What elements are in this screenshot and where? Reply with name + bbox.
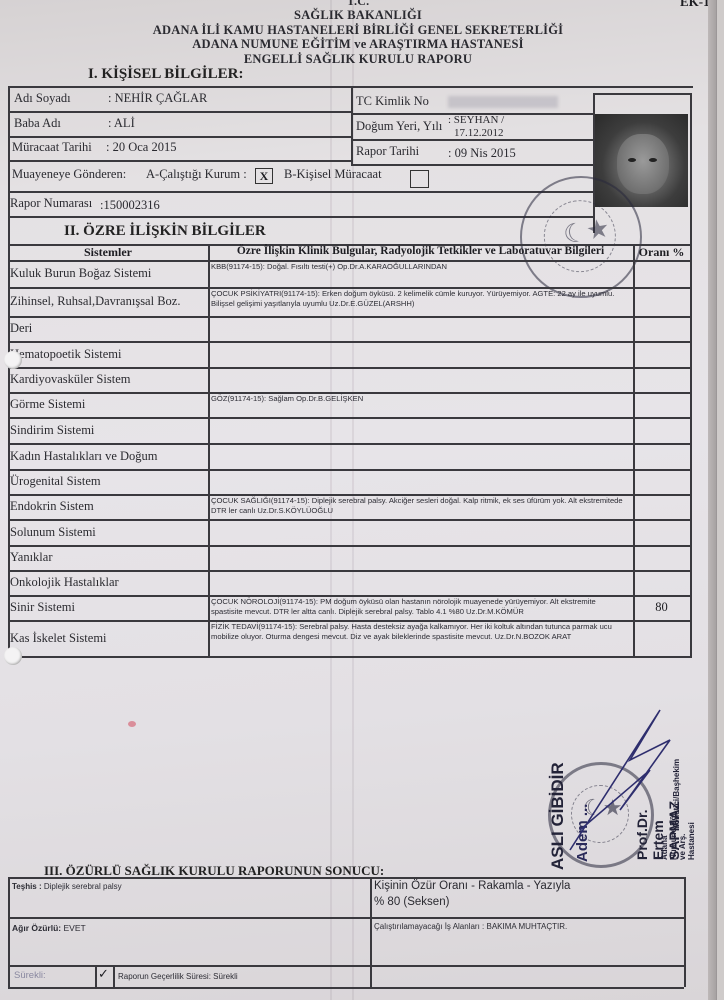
clinical-findings: ÇOCUK NÖROLOJİ(91174-15): PM doğum öyküs… [211, 597, 629, 617]
disability-rate-value: % 80 (Seksen) [374, 896, 449, 908]
rule [8, 877, 10, 987]
photo-eye [628, 158, 636, 162]
system-name: Ürogenital Sistem [10, 474, 101, 489]
table-row [8, 519, 690, 545]
disability-rate: 80 [633, 600, 690, 615]
restricted-jobs-field: Çalıştırılamayacağı İş Alanları : BAKIMA… [374, 922, 567, 932]
system-name: Endokrin Sistem [10, 499, 94, 514]
system-name: Kuluk Burun Boğaz Sistemi [10, 266, 151, 281]
report-page: T.C. EK-1 SAĞLIK BAKANLIĞI ADANA İLİ KAM… [0, 0, 717, 1000]
system-name: Zihinsel, Ruhsal,Davranışsal Boz. [10, 294, 180, 309]
system-name: Onkolojik Hastalıklar [10, 575, 119, 590]
tc-label: TC Kimlik No [356, 94, 429, 109]
rule [593, 93, 690, 95]
header-hospital: ADANA NUMUNE EĞİTİM ve ARAŞTIRMA HASTANE… [0, 37, 716, 52]
section1-title: I. KİŞİSEL BİLGİLER: [88, 66, 244, 83]
column-header: Oranı % [633, 245, 690, 260]
rule [8, 216, 593, 218]
disability-rate-label: Kişinin Özür Oranı - Rakamla - Yazıyla [374, 880, 570, 892]
rule [351, 139, 593, 141]
section2-title: II. ÖZRE İLİŞKİN BİLGİLER [64, 223, 266, 240]
option-b-checkbox[interactable] [410, 170, 429, 188]
permanent-checkbox[interactable]: ✓ [98, 966, 109, 982]
report-no-value: :150002316 [100, 198, 160, 213]
rule [690, 93, 692, 658]
report-date-label: Rapor Tarihi [356, 144, 419, 159]
rule [684, 877, 686, 987]
system-name: Sindirim Sistemi [10, 423, 94, 438]
photo-eye [649, 158, 657, 162]
system-name: Deri [10, 321, 32, 336]
clinical-findings: KBB(91174-15): Doğal. Fısıltı testi(+) O… [211, 262, 629, 272]
birth-date-value: 17.12.2012 [454, 127, 504, 139]
table-row [8, 316, 690, 341]
tc-value-redacted [448, 96, 558, 108]
diagnosis-label: Teşhis : [12, 882, 42, 891]
report-date-value: : 09 Nis 2015 [448, 146, 516, 161]
rule [8, 191, 593, 193]
clinical-findings: FİZİK TEDAVİ(91174-15): Serebral palsy. … [211, 622, 629, 642]
application-date-value: : 20 Oca 2015 [106, 140, 176, 155]
rule [351, 164, 593, 166]
clinical-findings: GÖZ(91174-15): Sağlam Op.Dr.B.GELİŞKEN [211, 394, 629, 404]
diagnosis-field: Teşhis : Diplejik serebral palsy [12, 882, 122, 892]
clinical-findings: ÇOCUK SAĞLIĞI(91174-15): Diplejik serebr… [211, 496, 629, 516]
father-value: : ALİ [108, 116, 135, 131]
system-name: Sinir Sistemi [10, 600, 75, 615]
application-date-label: Müracaat Tarihi [12, 140, 92, 155]
header-union: ADANA İLİ KAMU HASTANELERİ BİRLİĞİ GENEL… [0, 23, 716, 38]
referrer-label: Muayeneye Gönderen: [12, 167, 126, 182]
punch-hole [4, 351, 22, 369]
birth-label: Doğum Yeri, Yılı [356, 119, 442, 134]
father-label: Baba Adı [14, 116, 61, 131]
header-report-title: ENGELLİ SAĞLIK KURULU RAPORU [0, 52, 716, 67]
severe-value: EVET [63, 923, 85, 933]
signature-scribble [560, 700, 680, 860]
rule [95, 965, 97, 987]
diagnosis-value: Diplejik serebral palsy [44, 882, 122, 891]
name-value: : NEHİR ÇAĞLAR [108, 91, 207, 106]
system-name: Görme Sistemi [10, 397, 85, 412]
column-header: Özre İlişkin Klinik Bulgular, Radyolojik… [208, 245, 633, 257]
rule [8, 965, 684, 967]
table-row [8, 545, 690, 570]
severe-label: Ağır Özürlü: [12, 923, 61, 933]
photo-face [617, 134, 669, 194]
option-b-label: B-Kişisel Müracaat [284, 167, 382, 182]
rule [370, 877, 372, 987]
red-mark [128, 721, 136, 727]
header-ministry: SAĞLIK BAKANLIĞI [0, 8, 716, 23]
rule [8, 877, 684, 879]
validity-label: Raporun Geçerlilik Süresi: [118, 972, 211, 981]
rule [8, 136, 351, 138]
rule [8, 656, 690, 658]
system-name: Kardiyovasküler Sistem [10, 372, 130, 387]
option-a-checkbox[interactable]: X [255, 168, 273, 184]
system-name: Solunum Sistemi [10, 525, 96, 540]
system-name: Kadın Hastalıkları ve Doğum [10, 449, 158, 464]
name-label: Adı Soyadı [14, 91, 71, 106]
rule [351, 86, 353, 164]
paper-edge [708, 0, 716, 1000]
rule [8, 987, 684, 989]
validity-value: Sürekli [213, 972, 237, 981]
table-row [8, 417, 690, 443]
birth-place-value: : SEYHAN / [448, 114, 504, 126]
validity-field: Raporun Geçerlilik Süresi: Sürekli [118, 972, 238, 982]
punch-hole [4, 647, 22, 665]
rule [8, 160, 351, 162]
system-name: Yanıklar [10, 550, 52, 565]
severe-disability-field: Ağır Özürlü: EVET [12, 923, 86, 933]
option-a-label: A-Çalıştığı Kurum : [146, 167, 247, 182]
jobs-value: BAKIMA MUHTAÇTIR. [487, 922, 568, 931]
rule [8, 917, 684, 919]
system-name: Kas İskelet Sistemi [10, 631, 107, 646]
column-header: Sistemler [8, 245, 208, 260]
permanent-label: Sürekli: [14, 970, 46, 981]
rule [8, 111, 351, 113]
clinical-findings: ÇOCUK PSİKİYATRI(91174-15): Erken doğum … [211, 289, 629, 309]
table-row [8, 469, 690, 494]
report-no-label: Rapor Numarası [10, 196, 92, 211]
jobs-label: Çalıştırılamayacağı İş Alanları : [374, 922, 484, 931]
system-name: Hematopoetik Sistemi [10, 347, 121, 362]
rule [113, 965, 115, 987]
